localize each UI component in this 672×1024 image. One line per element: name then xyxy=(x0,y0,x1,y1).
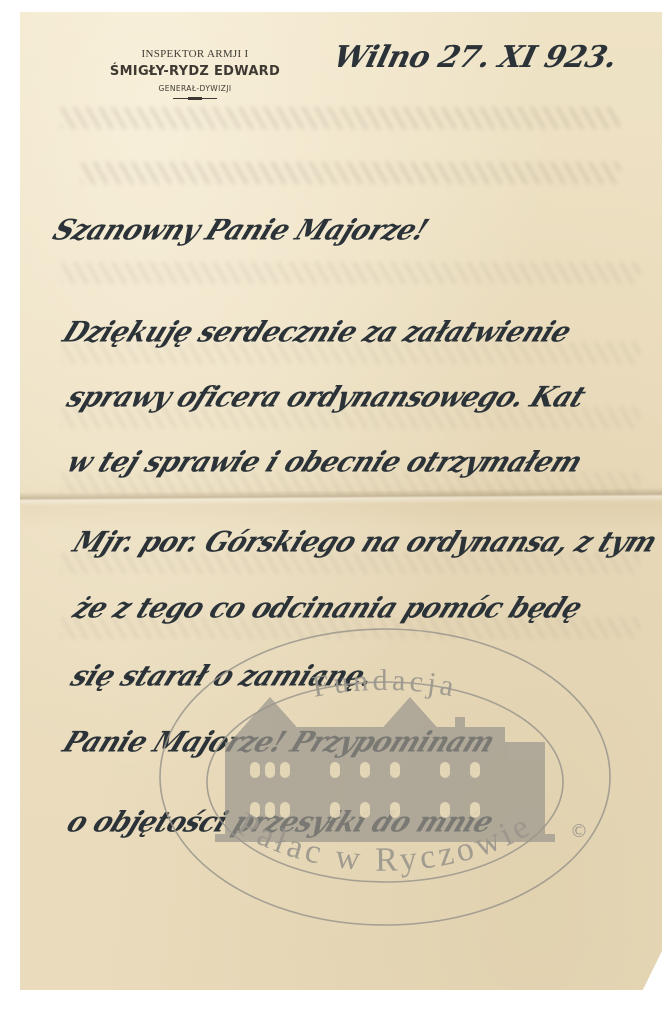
body-line: w tej sprawie i obecnie otrzymałem xyxy=(62,446,587,479)
body-line: że z tego co odcinania pomóc będę xyxy=(68,592,587,625)
body-line: się starał o zamianę. xyxy=(66,660,378,693)
body-line: Panie Majorze! Przypominam xyxy=(58,726,499,759)
letterhead: INSPEKTOR ARMJI I ŚMIGŁY-RYDZ EDWARD GEN… xyxy=(80,48,310,99)
body-line: Mjr. por. Górskiego na ordynansa, z tym xyxy=(68,526,661,559)
letterhead-name: ŚMIGŁY-RYDZ EDWARD xyxy=(80,64,310,79)
bleed-through-writing xyxy=(60,262,640,284)
body-line: Dziękuję serdecznie za załatwienie xyxy=(58,316,576,349)
letterhead-title: INSPEKTOR ARMJI I xyxy=(80,48,310,60)
body-line: sprawy oficera ordynansowego. Kat xyxy=(62,381,590,414)
letter-paper xyxy=(20,12,662,990)
bleed-through-writing xyxy=(80,162,620,184)
letterhead-divider xyxy=(173,98,217,99)
body-line: o objętości przesyłki do mnie xyxy=(62,806,498,839)
date-line: Wilno 27. XI 923. xyxy=(330,40,620,75)
bleed-through-writing xyxy=(60,107,620,129)
letterhead-rank: GENERAŁ-DYWIZJI xyxy=(80,84,310,93)
salutation-line: Szanowny Panie Majorze! xyxy=(48,214,433,247)
